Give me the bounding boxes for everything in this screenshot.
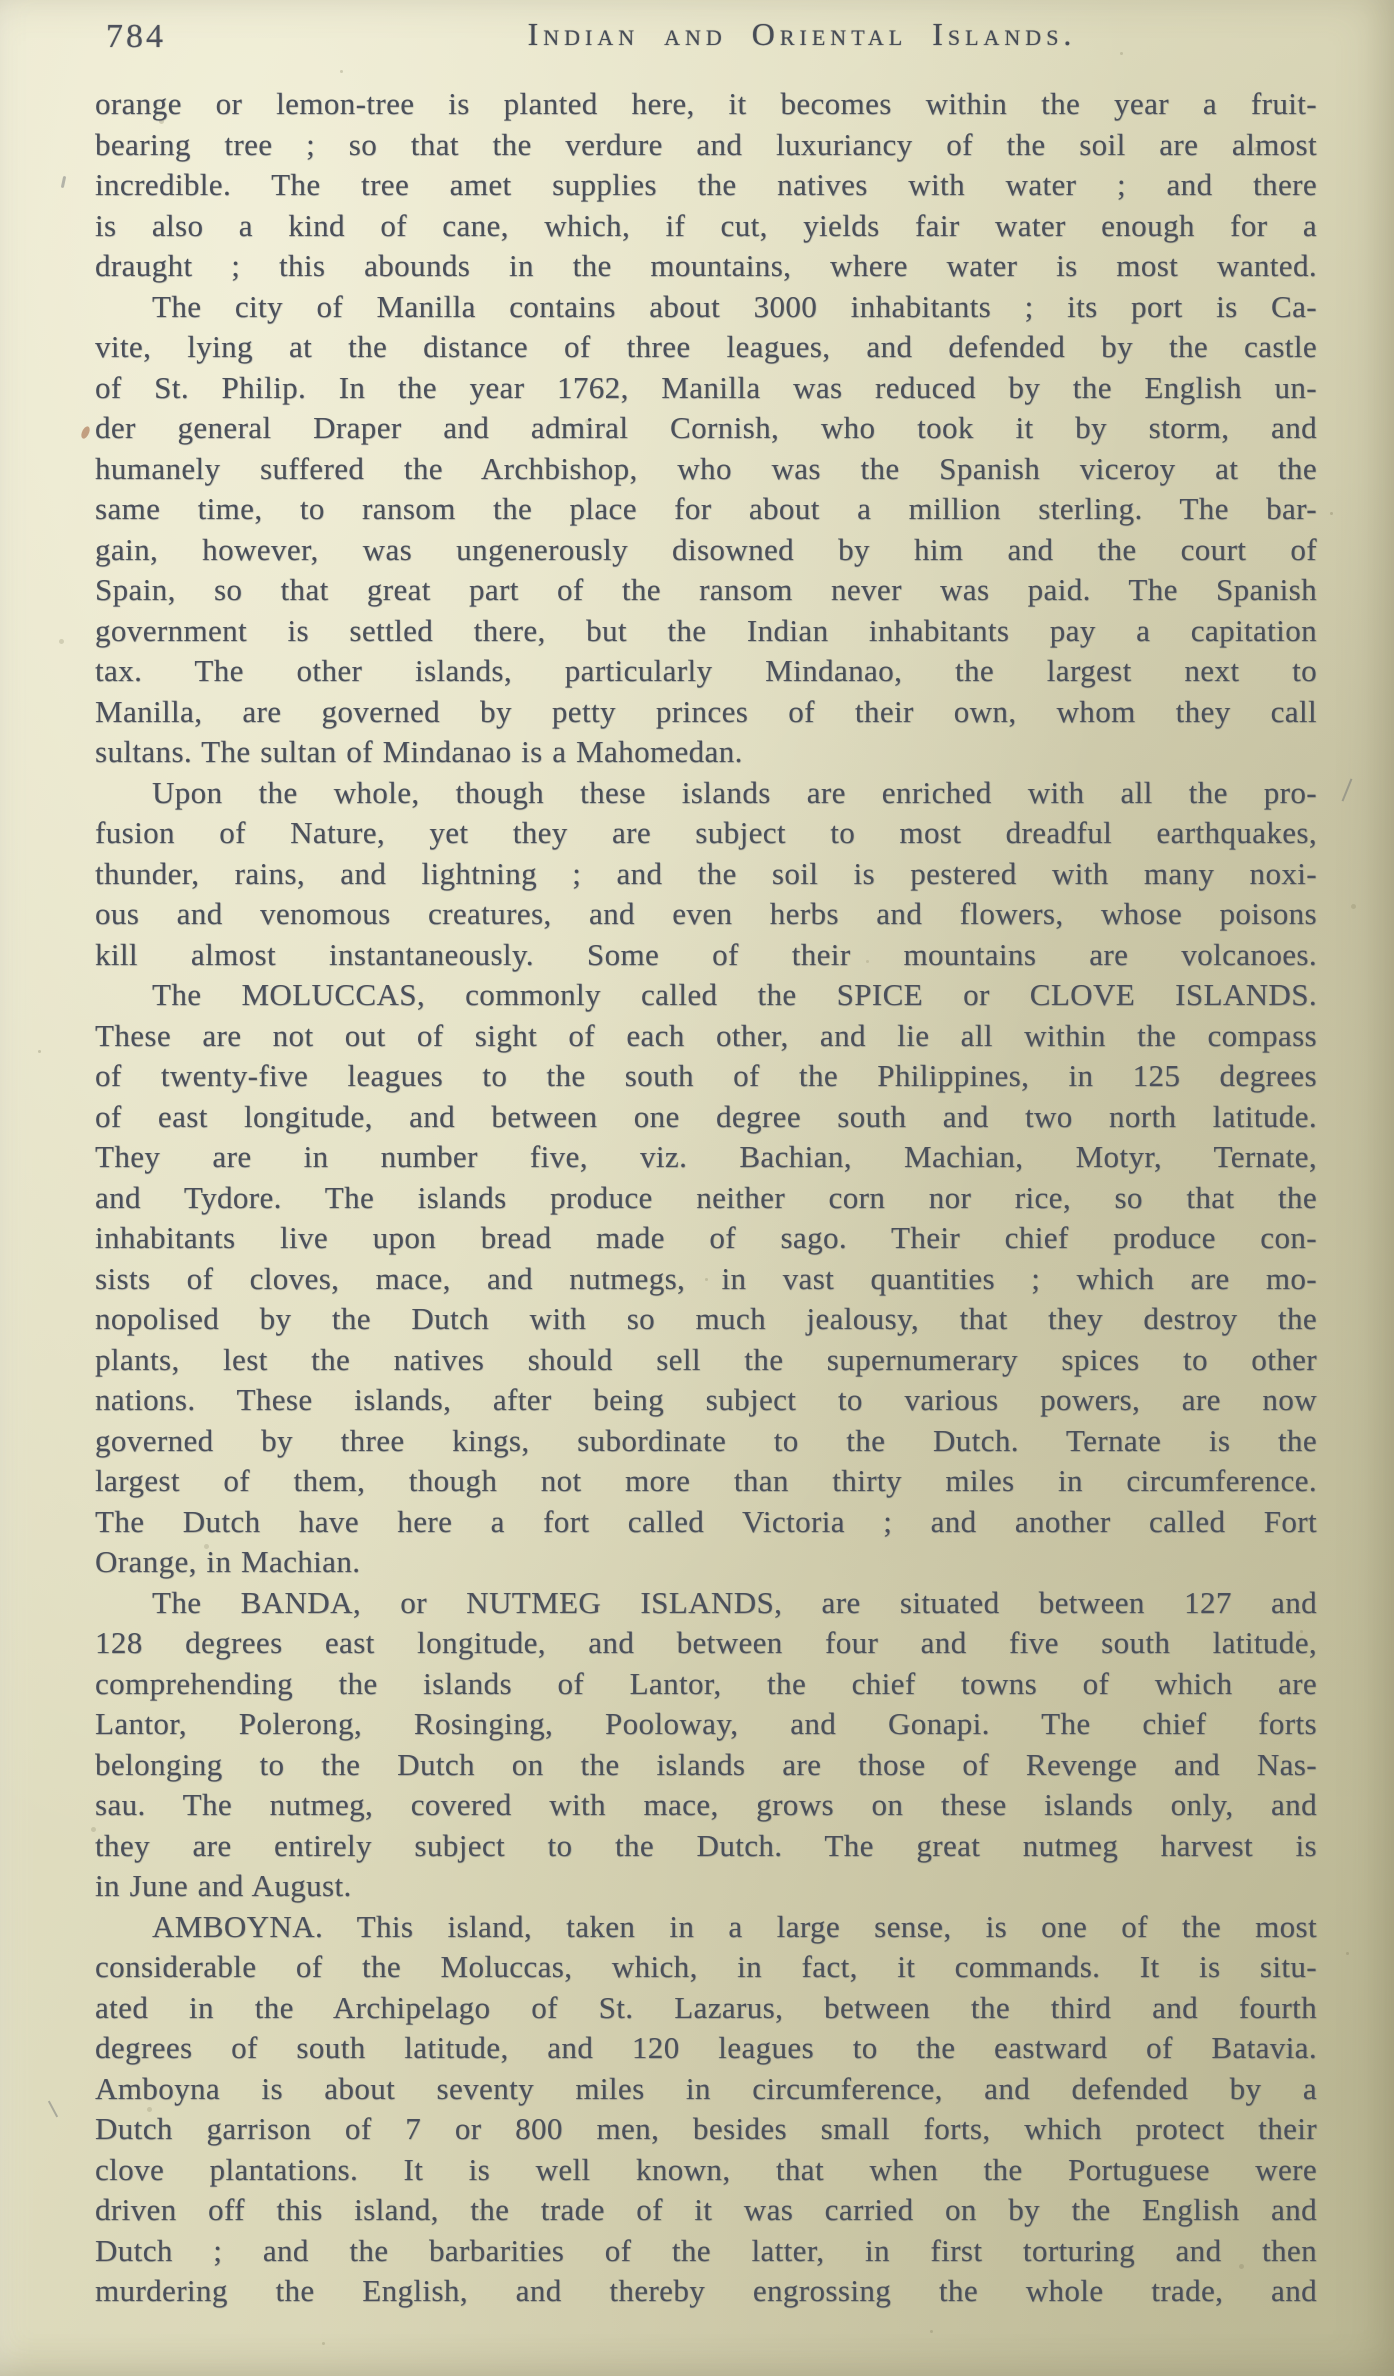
text-line: nopolised by the Dutch with so much jeal…: [95, 1299, 1317, 1340]
text-line: vite, lying at the distance of three lea…: [95, 327, 1317, 368]
text-line: Dutch ; and the barbarities of the latte…: [95, 2231, 1317, 2272]
text-line: they are entirely subject to the Dutch. …: [95, 1826, 1317, 1867]
text-line: comprehending the islands of Lantor, the…: [95, 1664, 1317, 1705]
text-line: of east longitude, and between one degre…: [95, 1097, 1317, 1138]
text-line: The MOLUCCAS, commonly called the SPICE …: [95, 975, 1317, 1016]
text-line: Upon the whole, though these islands are…: [95, 773, 1317, 814]
text-line: murdering the English, and thereby engro…: [95, 2271, 1317, 2312]
text-line: same time, to ransom the place for about…: [95, 489, 1317, 530]
paragraph: orange or lemon-tree is planted here, it…: [95, 84, 1317, 287]
scanned-page: 784 Indian and Oriental Islands. orange …: [0, 0, 1394, 2376]
text-line: Lantor, Polerong, Rosinging, Pooloway, a…: [95, 1704, 1317, 1745]
paragraph: The city of Manilla contains about 3000 …: [95, 287, 1317, 773]
text-line: der general Draper and admiral Cornish, …: [95, 408, 1317, 449]
text-line: draught ; this abounds in the mountains,…: [95, 246, 1317, 287]
text-line: humanely suffered the Archbishop, who wa…: [95, 449, 1317, 490]
paper-speckles: [0, 0, 3, 3]
text-line: driven off this island, the trade of it …: [95, 2190, 1317, 2231]
text-line: nations. These islands, after being subj…: [95, 1380, 1317, 1421]
text-line: governed by three kings, subordinate to …: [95, 1421, 1317, 1462]
text-line: Amboyna is about seventy miles in circum…: [95, 2069, 1317, 2110]
text-line: of twenty-five leagues to the south of t…: [95, 1056, 1317, 1097]
scan-artifact-mark: [61, 176, 66, 188]
text-line: tax. The other islands, particularly Min…: [95, 651, 1317, 692]
text-line: fusion of Nature, yet they are subject t…: [95, 813, 1317, 854]
text-line: 128 degrees east longitude, and between …: [95, 1623, 1317, 1664]
text-line: Manilla, are governed by petty princes o…: [95, 692, 1317, 733]
text-line: government is settled there, but the Ind…: [95, 611, 1317, 652]
text-line: bearing tree ; so that the verdure and l…: [95, 125, 1317, 166]
text-line: inhabitants live upon bread made of sago…: [95, 1218, 1317, 1259]
text-line: considerable of the Moluccas, which, in …: [95, 1947, 1317, 1988]
scan-artifact-tick: [80, 425, 91, 440]
page-number: 784: [106, 18, 166, 56]
text-line: belonging to the Dutch on the islands ar…: [95, 1745, 1317, 1786]
text-line: gain, however, was ungenerously disowned…: [95, 530, 1317, 571]
text-line: in June and August.: [95, 1866, 1317, 1907]
text-line: They are in number five, viz. Bachian, M…: [95, 1137, 1317, 1178]
text-line: Orange, in Machian.: [95, 1542, 1317, 1583]
text-line: sists of cloves, mace, and nutmegs, in v…: [95, 1259, 1317, 1300]
text-line: is also a kind of cane, which, if cut, y…: [95, 206, 1317, 247]
text-line: Spain, so that great part of the ransom …: [95, 570, 1317, 611]
running-title: Indian and Oriental Islands.: [452, 16, 1152, 53]
text-line: degrees of south latitude, and 120 leagu…: [95, 2028, 1317, 2069]
text-line: The city of Manilla contains about 3000 …: [95, 287, 1317, 328]
text-line: The BANDA, or NUTMEG ISLANDS, are situat…: [95, 1583, 1317, 1624]
text-line: ated in the Archipelago of St. Lazarus, …: [95, 1988, 1317, 2029]
text-line: sau. The nutmeg, covered with mace, grow…: [95, 1785, 1317, 1826]
scan-artifact-slash: [1342, 778, 1353, 801]
text-line: and Tydore. The islands produce neither …: [95, 1178, 1317, 1219]
paragraph: Upon the whole, though these islands are…: [95, 773, 1317, 976]
text-line: Dutch garrison of 7 or 800 men, besides …: [95, 2109, 1317, 2150]
text-line: thunder, rains, and lightning ; and the …: [95, 854, 1317, 895]
text-line: ous and venomous creatures, and even her…: [95, 894, 1317, 935]
text-line: orange or lemon-tree is planted here, it…: [95, 84, 1317, 125]
scan-artifact-backslash: [48, 2101, 58, 2118]
text-line: The Dutch have here a fort called Victor…: [95, 1502, 1317, 1543]
text-line: sultans. The sultan of Mindanao is a Mah…: [95, 732, 1317, 773]
text-line: These are not out of sight of each other…: [95, 1016, 1317, 1057]
text-line: AMBOYNA. This island, taken in a large s…: [95, 1907, 1317, 1948]
page-body: orange or lemon-tree is planted here, it…: [95, 84, 1317, 2312]
paragraph: The MOLUCCAS, commonly called the SPICE …: [95, 975, 1317, 1583]
text-line: largest of them, though not more than th…: [95, 1461, 1317, 1502]
text-line: plants, lest the natives should sell the…: [95, 1340, 1317, 1381]
text-line: clove plantations. It is well known, tha…: [95, 2150, 1317, 2191]
text-line: of St. Philip. In the year 1762, Manilla…: [95, 368, 1317, 409]
paragraph: The BANDA, or NUTMEG ISLANDS, are situat…: [95, 1583, 1317, 1907]
text-line: incredible. The tree amet supplies the n…: [95, 165, 1317, 206]
paragraph: AMBOYNA. This island, taken in a large s…: [95, 1907, 1317, 2312]
text-line: kill almost instantaneously. Some of the…: [95, 935, 1317, 976]
